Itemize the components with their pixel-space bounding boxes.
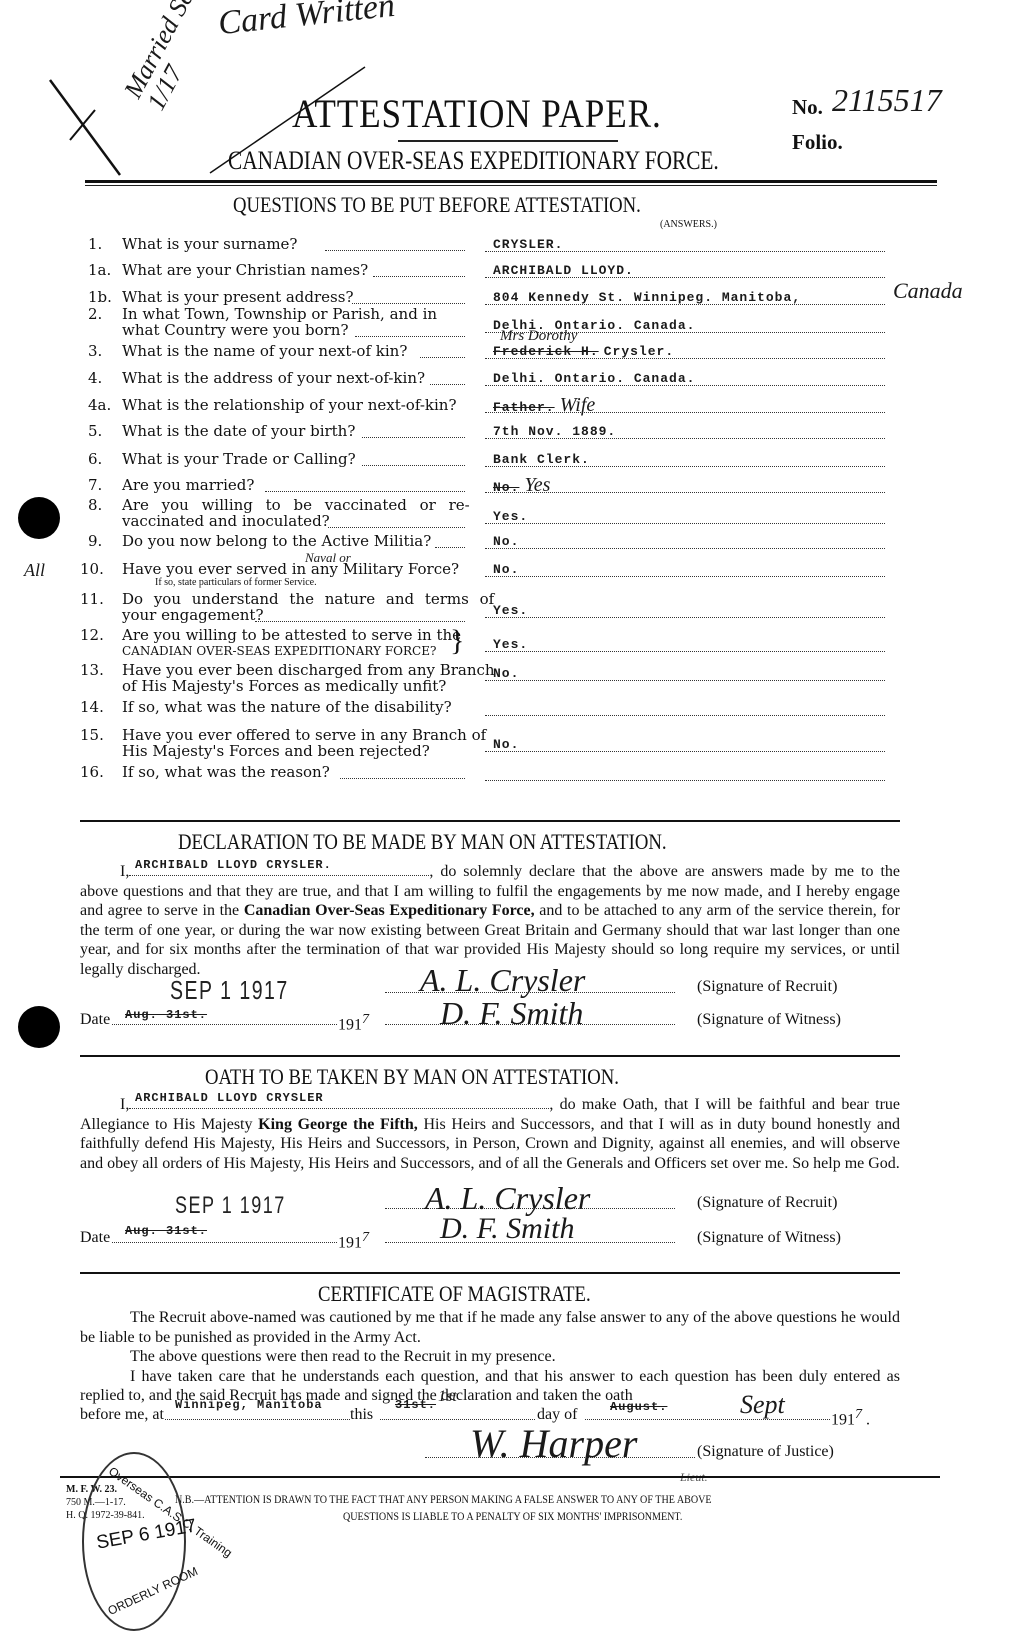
question-13: 13.Have you ever been discharged from an… xyxy=(80,663,495,678)
answer-1-field: CRYSLER. xyxy=(485,233,885,252)
punch-hole-bottom xyxy=(18,1006,60,1048)
answer-5-field: 7th Nov. 1889. xyxy=(485,420,885,439)
certificate-day-handwritten: 1st xyxy=(438,1388,457,1406)
answer-3-field: Frederick H. Crysler. xyxy=(485,340,885,359)
certificate-place: Winnipeg, Manitoba xyxy=(175,1398,323,1412)
declaration-date-value: Aug. 31st. xyxy=(125,1008,207,1022)
oath-date-stamp: SEP 1 1917 xyxy=(175,1192,286,1220)
question-4: 4.What is the address of your next-of-ki… xyxy=(88,371,425,386)
page-title: ATTESTATION PAPER. xyxy=(292,90,662,137)
answer-15-field: No. xyxy=(485,733,885,752)
declaration-witness-sig-label: (Signature of Witness) xyxy=(697,1010,841,1030)
certificate-month-struck: August. xyxy=(610,1400,667,1414)
justice-signature: W. Harper xyxy=(470,1420,637,1467)
answer-9-field: No. xyxy=(485,530,885,549)
bracket: } xyxy=(450,626,464,656)
section-divider-2 xyxy=(80,1055,900,1057)
declaration-recruit-sig-label: (Signature of Recruit) xyxy=(697,977,837,997)
answer-14-field xyxy=(485,697,885,716)
question-16: 16.If so, what was the reason? xyxy=(80,765,330,780)
question-11: 11.Do you understand the nature and term… xyxy=(80,592,494,607)
oath-witness-sig-label: (Signature of Witness) xyxy=(697,1228,841,1248)
regimental-number: 2115517 xyxy=(832,82,942,119)
number-label: No. xyxy=(792,95,823,120)
question-9: 9.Do you now belong to the Active Militi… xyxy=(88,534,431,549)
page-subtitle: CANADIAN OVER-SEAS EXPEDITIONARY FORCE. xyxy=(228,146,719,176)
oath-recruit-sig-label: (Signature of Recruit) xyxy=(697,1193,837,1213)
questions-heading: QUESTIONS TO BE PUT BEFORE ATTESTATION. xyxy=(233,192,641,218)
answer-8-field: Yes. xyxy=(485,505,885,524)
answers-label: (ANSWERS.) xyxy=(660,219,717,230)
justice-sig-label: (Signature of Justice) xyxy=(697,1442,834,1462)
question-10: 10.Have you ever served in any Military … xyxy=(80,562,459,577)
answer-7-field: No. Yes xyxy=(485,474,885,493)
certificate-heading: CERTIFICATE OF MAGISTRATE. xyxy=(318,1281,591,1307)
nb-warning-line-1: N.B.—ATTENTION IS DRAWN TO THE FACT THAT… xyxy=(175,1492,712,1507)
answer-1b-handwritten: Canada xyxy=(893,278,963,304)
answer-13-field: No. xyxy=(485,662,885,681)
declaration-heading: DECLARATION TO BE MADE BY MAN ON ATTESTA… xyxy=(178,829,667,855)
answer-6-field: Bank Clerk. xyxy=(485,448,885,467)
oath-heading: OATH TO BE TAKEN BY MAN ON ATTESTATION. xyxy=(205,1064,619,1090)
stamp-bottom-text: ORDERLY ROOM xyxy=(106,1564,200,1618)
before-me-label: before me, at xyxy=(80,1405,164,1425)
question-6: 6.What is your Trade or Calling? xyxy=(88,452,356,467)
stamp-date: SEP 6 1917 xyxy=(95,1515,198,1554)
folio-label: Folio. xyxy=(792,130,843,155)
certificate-day-struck: 31st. xyxy=(395,1398,436,1412)
oath-date-value: Aug. 31st. xyxy=(125,1224,207,1238)
declaration-recruit-signature: A. L. Crysler xyxy=(420,962,585,999)
section-divider-3 xyxy=(80,1272,900,1274)
declaration-witness-signature: D. F. Smith xyxy=(440,995,583,1032)
certificate-month-handwritten: Sept xyxy=(740,1390,785,1420)
answer-10-field: No. xyxy=(485,558,885,577)
answer-4-field: Delhi. Ontario. Canada. xyxy=(485,367,885,386)
header-rule-thin xyxy=(85,185,937,186)
question-7: 7.Are you married? xyxy=(88,478,254,493)
oath-witness-signature: D. F. Smith xyxy=(440,1212,574,1246)
section-divider-4 xyxy=(60,1476,940,1478)
question-4a: 4a.What is the relationship of your next… xyxy=(88,398,457,413)
question-1b: 1b.What is your present address? xyxy=(88,290,354,305)
section-divider-1 xyxy=(80,820,900,822)
header-rule xyxy=(85,180,937,183)
question-15: 15.Have you ever offered to serve in any… xyxy=(80,728,486,743)
question-1a: 1a.What are your Christian names? xyxy=(88,263,368,278)
question-1: 1.What is your surname? xyxy=(88,237,297,252)
answer-16-field xyxy=(485,762,885,781)
this-label: this xyxy=(350,1405,373,1425)
orderly-room-stamp: Overseas C.A.S.C. Training SEP 6 1917 OR… xyxy=(82,1452,186,1631)
question-8: 8.Are you willing to be vaccinated or re… xyxy=(88,498,470,513)
question-5: 5.What is the date of your birth? xyxy=(88,424,355,439)
oath-date-label: Date xyxy=(80,1228,110,1248)
question-10-note: If so, state particulars of former Servi… xyxy=(155,577,317,588)
answer-4a-field: Father. Wife xyxy=(485,394,885,413)
margin-note: All xyxy=(24,560,45,581)
card-written-annotation: Card Written xyxy=(216,0,396,43)
declaration-date-label: Date xyxy=(80,1010,110,1030)
answer-12-field: Yes. xyxy=(485,633,885,652)
answer-1b-field: 804 Kennedy St. Winnipeg. Manitoba, xyxy=(485,286,885,305)
title-underline xyxy=(398,140,618,142)
declaration-date-stamp: SEP 1 1917 xyxy=(170,975,289,1006)
answer-1a-field: ARCHIBALD LLOYD. xyxy=(485,259,885,278)
question-12: 12.Are you willing to be attested to ser… xyxy=(80,628,461,643)
punch-hole-top xyxy=(18,497,60,539)
oath-text: I,, do make Oath, that I will be faithfu… xyxy=(80,1095,900,1173)
question-2: 2.In what Town, Township or Parish, and … xyxy=(88,307,437,322)
answer-11-field: Yes. xyxy=(485,599,885,618)
question-3: 3.What is the name of your next-of kin? xyxy=(88,344,407,359)
question-14: 14.If so, what was the nature of the dis… xyxy=(80,700,452,715)
nb-warning-line-2: QUESTIONS IS LIABLE TO A PENALTY OF SIX … xyxy=(343,1509,682,1524)
